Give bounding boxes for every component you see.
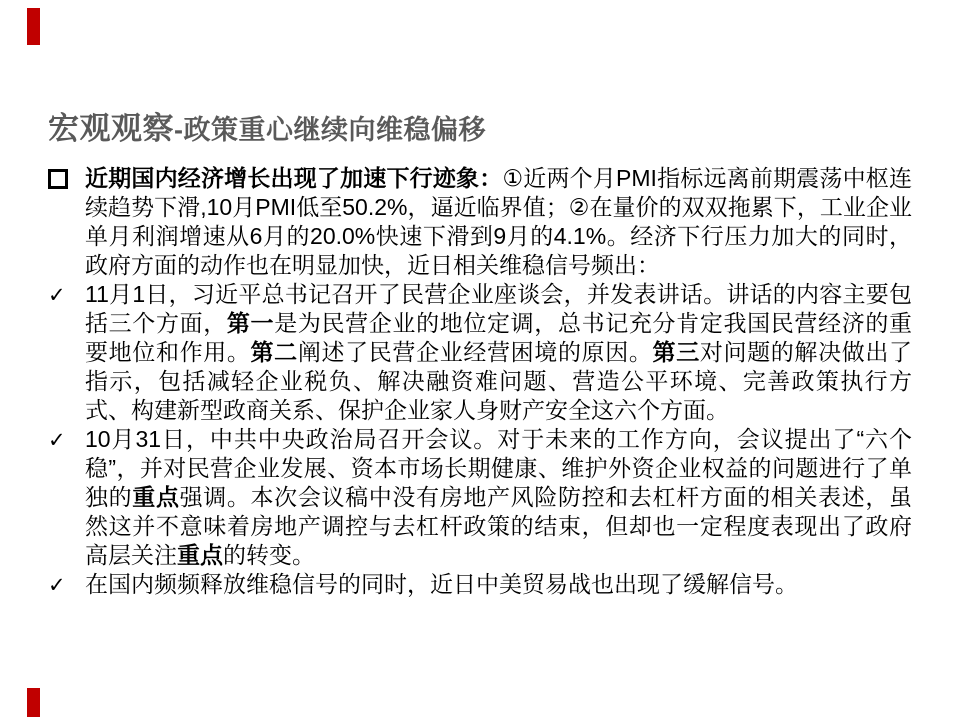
text-run: 的转变。 [223,542,315,568]
square-bullet-icon [48,164,85,196]
bullet-item: ✓在国内频频释放维稳信号的同时，近日中美贸易战也出现了缓解信号。 [48,570,912,600]
bullet-text: 11月1日，习近平总书记召开了民营企业座谈会，并发表讲话。讲话的内容主要包括三个… [85,280,912,425]
checkmark-icon: ✓ [48,425,85,455]
bold-text-run: 第一 [227,310,274,336]
red-accent-bar-bottom [27,688,40,717]
bold-text-run: 第三 [653,339,700,365]
slide: 宏观观察-政策重心继续向维稳偏移 近期国内经济增长出现了加速下行迹象：①近两个月… [0,0,960,720]
bullet-text: 10月31日，中共中央政治局召开会议。对于未来的工作方向，会议提出了“六个稳”，… [85,425,912,570]
text-run: 阐述了民营企业经营困境的原因。 [298,339,653,365]
page-title-sub: -政策重心继续向维稳偏移 [174,115,486,145]
checkmark-icon: ✓ [48,429,66,452]
checkmark-icon: ✓ [48,574,66,597]
page-title-main: 宏观观察 [48,111,174,146]
bold-text-run: 重点 [132,484,179,510]
bold-text-run: 第二 [251,339,298,365]
red-accent-bar-top [27,8,40,45]
checkmark-icon: ✓ [48,284,66,307]
bullet-item: ✓11月1日，习近平总书记召开了民营企业座谈会，并发表讲话。讲话的内容主要包括三… [48,280,912,425]
page-title: 宏观观察-政策重心继续向维稳偏移 [48,103,486,148]
square-bullet-icon [48,169,68,189]
checkmark-icon: ✓ [48,280,85,310]
bold-text-run: 近期国内经济增长出现了加速下行迹象： [85,165,502,191]
bullet-list: 近期国内经济增长出现了加速下行迹象：①近两个月PMI指标远离前期震荡中枢连续趋势… [48,164,912,600]
checkmark-icon: ✓ [48,570,85,600]
bullet-item: 近期国内经济增长出现了加速下行迹象：①近两个月PMI指标远离前期震荡中枢连续趋势… [48,164,912,280]
text-run: 在国内频频释放维稳信号的同时，近日中美贸易战也出现了缓解信号。 [85,571,798,597]
bold-text-run: 重点 [177,542,223,568]
bullet-text: 近期国内经济增长出现了加速下行迹象：①近两个月PMI指标远离前期震荡中枢连续趋势… [85,164,912,280]
bullet-text: 在国内频频释放维稳信号的同时，近日中美贸易战也出现了缓解信号。 [85,570,912,599]
bullet-item: ✓10月31日，中共中央政治局召开会议。对于未来的工作方向，会议提出了“六个稳”… [48,425,912,570]
